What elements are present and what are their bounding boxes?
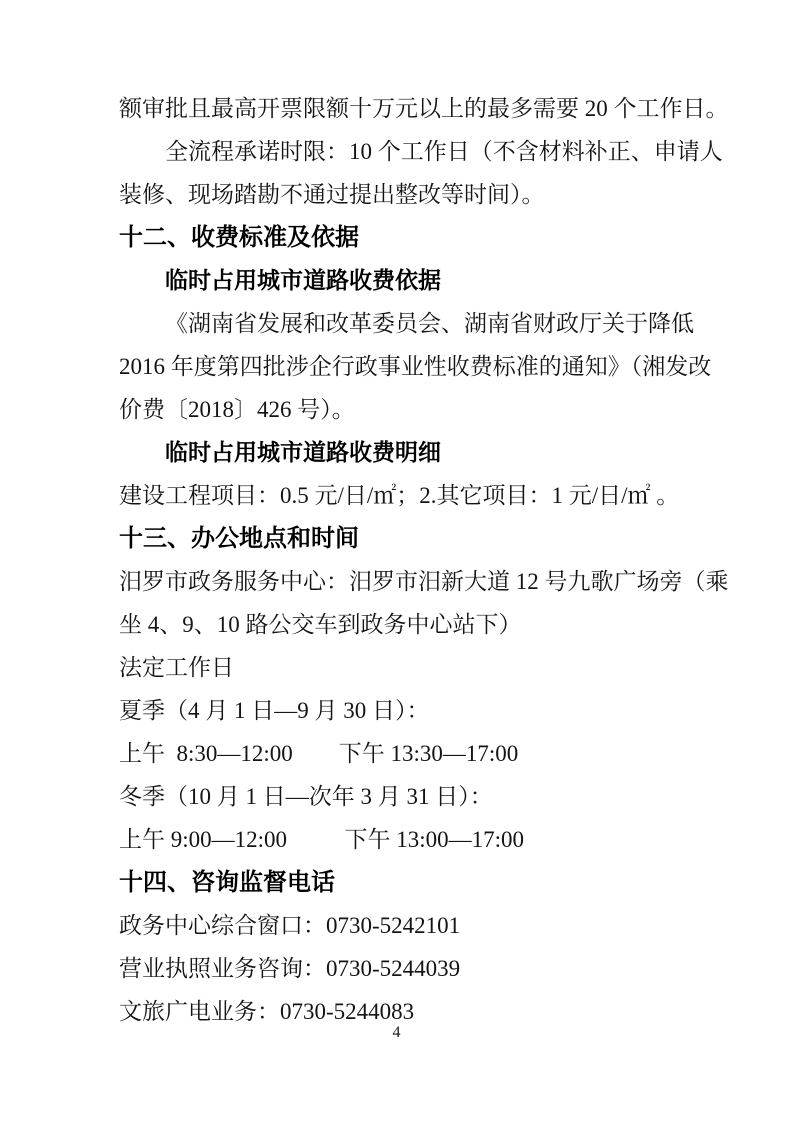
- text-line: 坐 4、9、10 路公交车到政务中心站下）: [119, 603, 679, 646]
- text-line: 夏季（4 月 1 日—9 月 30 日）：: [119, 689, 679, 732]
- document-content: 额审批且最高开票限额十万元以上的最多需要 20 个工作日。全流程承诺时限：10 …: [119, 87, 679, 1033]
- text-line: 政务中心综合窗口：0730-5242101: [119, 904, 679, 947]
- text-line: 汨罗市政务服务中心：汨罗市汨新大道 12 号九歌广场旁（乘: [119, 560, 679, 603]
- text-line: 冬季（10 月 1 日—次年 3 月 31 日）：: [119, 775, 679, 818]
- text-line: 法定工作日: [119, 646, 679, 689]
- sub-heading: 临时占用城市道路收费依据: [119, 259, 679, 302]
- text-line: 营业执照业务咨询：0730-5244039: [119, 947, 679, 990]
- section-heading: 十三、办公地点和时间: [119, 517, 679, 560]
- section-heading: 十二、收费标准及依据: [119, 216, 679, 259]
- text-line: 2016 年度第四批涉企行政事业性收费标准的通知》（湘发改: [119, 345, 679, 388]
- sub-heading: 临时占用城市道路收费明细: [119, 431, 679, 474]
- text-line: 上午 8:30—12:00 下午 13:30—17:00: [119, 732, 679, 775]
- text-line: 建设工程项目：0.5 元/日/㎡；2.其它项目：1 元/日/㎡ 。: [119, 474, 679, 517]
- page-number: 4: [393, 1024, 401, 1041]
- text-line: 价费〔2018〕426 号）。: [119, 388, 679, 431]
- section-heading: 十四、咨询监督电话: [119, 861, 679, 904]
- text-line: 额审批且最高开票限额十万元以上的最多需要 20 个工作日。: [119, 87, 679, 130]
- text-line: 装修、现场踏勘不通过提出整改等时间）。: [119, 173, 679, 216]
- page-footer: 4: [0, 1024, 793, 1042]
- document-page: 额审批且最高开票限额十万元以上的最多需要 20 个工作日。全流程承诺时限：10 …: [0, 0, 793, 1122]
- text-line: 《湖南省发展和改革委员会、湖南省财政厅关于降低: [119, 302, 679, 345]
- text-line: 全流程承诺时限：10 个工作日（不含材料补正、申请人: [119, 130, 679, 173]
- text-line: 上午 9:00—12:00 下午 13:00—17:00: [119, 818, 679, 861]
